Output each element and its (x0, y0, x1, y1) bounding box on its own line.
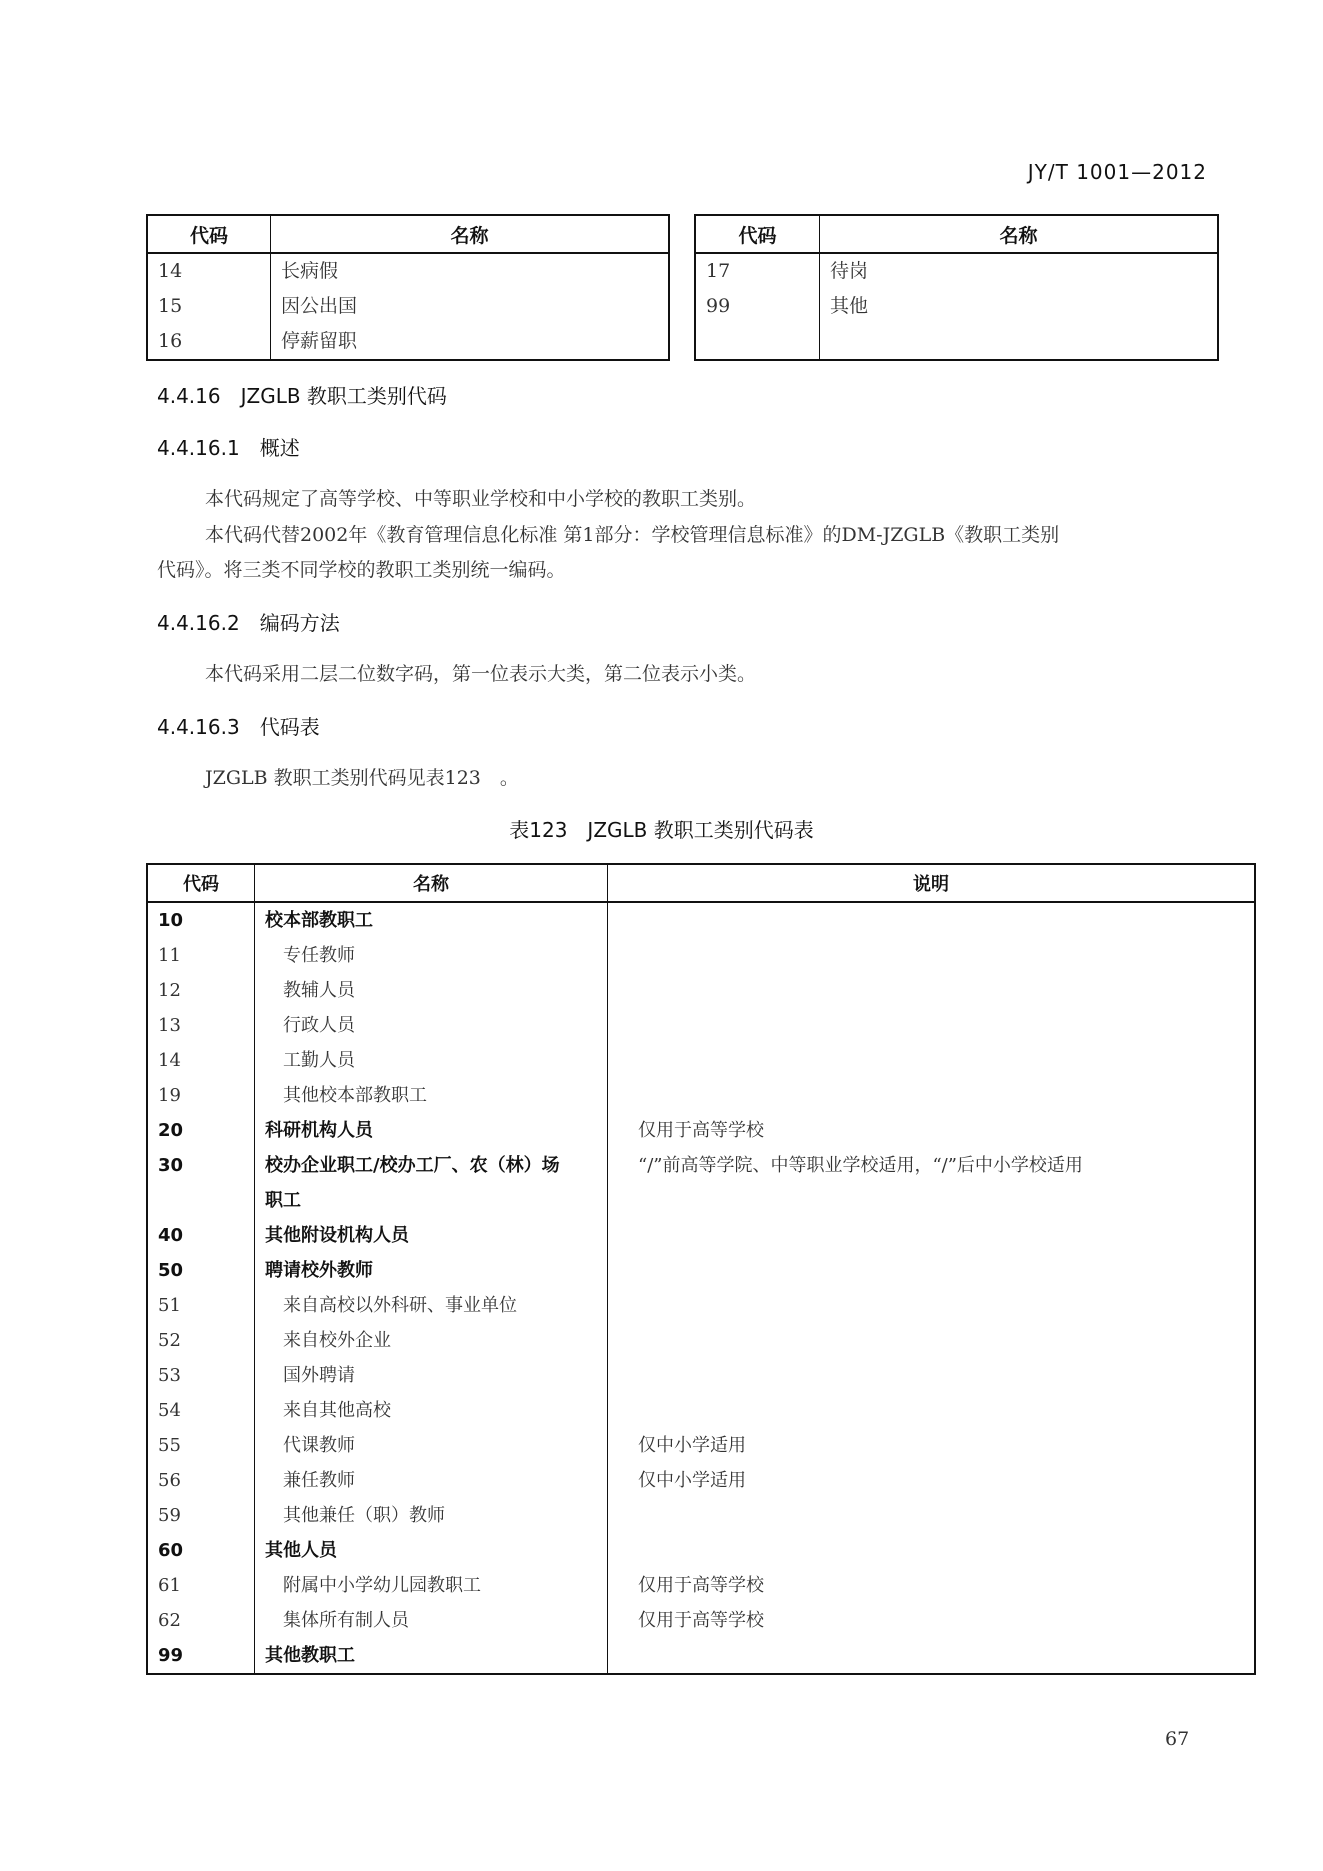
note-cell: 仅中小学适用 (608, 1428, 1256, 1463)
table-row: 13行政人员 (147, 1008, 1255, 1043)
section-heading: 4.4.16 JZGLB 教职工类别代码 (157, 380, 447, 409)
note-cell (608, 938, 1256, 973)
note-cell (608, 1533, 1256, 1568)
name-cell: 集体所有制人员 (255, 1603, 608, 1638)
name-cell: 待岗 (820, 253, 1219, 289)
table-row: 40其他附设机构人员 (147, 1218, 1255, 1253)
note-cell (608, 1393, 1256, 1428)
code-cell: 60 (147, 1533, 255, 1568)
code-cell: 54 (147, 1393, 255, 1428)
name-cell: 其他教职工 (255, 1638, 608, 1674)
note-cell (608, 1218, 1256, 1253)
table-row: 14工勤人员 (147, 1043, 1255, 1078)
code-cell (147, 1183, 255, 1218)
table-row: 17待岗 (695, 253, 1218, 289)
name-cell (820, 324, 1219, 360)
code-cell: 40 (147, 1218, 255, 1253)
code-cell: 19 (147, 1078, 255, 1113)
note-cell: 仅用于高等学校 (608, 1113, 1256, 1148)
code-cell: 14 (147, 253, 271, 289)
note-cell: 仅用于高等学校 (608, 1568, 1256, 1603)
code-cell: 59 (147, 1498, 255, 1533)
name-cell: 其他兼任（职）教师 (255, 1498, 608, 1533)
note-cell (608, 1323, 1256, 1358)
column-header-note: 说明 (608, 864, 1256, 902)
standard-number: JY/T 1001—2012 (1028, 160, 1207, 184)
name-cell: 聘请校外教师 (255, 1253, 608, 1288)
table-row: 11专任教师 (147, 938, 1255, 973)
code-cell: 17 (695, 253, 820, 289)
table-row: 50聘请校外教师 (147, 1253, 1255, 1288)
table-row: 53国外聘请 (147, 1358, 1255, 1393)
name-cell: 兼任教师 (255, 1463, 608, 1498)
table-caption: 表123 JZGLB 教职工类别代码表 (0, 814, 1323, 843)
note-cell (608, 1043, 1256, 1078)
table-row: 30校办企业职工/校办工厂、农（林）场“/”前高等学院、中等职业学校适用，“/”… (147, 1148, 1255, 1183)
table-row: 56兼任教师仅中小学适用 (147, 1463, 1255, 1498)
code-cell: 62 (147, 1603, 255, 1638)
code-cell: 50 (147, 1253, 255, 1288)
code-cell: 16 (147, 324, 271, 360)
continued-table-right: 代码 名称 17待岗 99其他 (694, 214, 1219, 361)
name-cell: 来自校外企业 (255, 1323, 608, 1358)
table-row: 60其他人员 (147, 1533, 1255, 1568)
table-row: 59其他兼任（职）教师 (147, 1498, 1255, 1533)
table-row: 51来自高校以外科研、事业单位 (147, 1288, 1255, 1323)
name-cell: 来自其他高校 (255, 1393, 608, 1428)
code-cell: 14 (147, 1043, 255, 1078)
name-cell: 专任教师 (255, 938, 608, 973)
note-cell (608, 902, 1256, 938)
table-row: 52来自校外企业 (147, 1323, 1255, 1358)
page-number: 67 (1165, 1728, 1189, 1750)
code-cell: 99 (147, 1638, 255, 1674)
name-cell: 来自高校以外科研、事业单位 (255, 1288, 608, 1323)
note-cell: 仅中小学适用 (608, 1463, 1256, 1498)
table-row: 14长病假 (147, 253, 669, 289)
table-row: 54来自其他高校 (147, 1393, 1255, 1428)
paragraph: JZGLB 教职工类别代码见表123 。 (205, 763, 519, 790)
table-row: 19其他校本部教职工 (147, 1078, 1255, 1113)
note-cell (608, 1288, 1256, 1323)
code-cell: 15 (147, 289, 271, 324)
note-cell: “/”前高等学院、中等职业学校适用，“/”后中小学校适用 (608, 1148, 1256, 1183)
name-cell: 其他附设机构人员 (255, 1218, 608, 1253)
table-row: 62集体所有制人员仅用于高等学校 (147, 1603, 1255, 1638)
name-cell: 教辅人员 (255, 973, 608, 1008)
code-cell: 13 (147, 1008, 255, 1043)
code-cell (695, 324, 820, 360)
column-header-code: 代码 (695, 215, 820, 253)
note-cell (608, 1183, 1256, 1218)
name-cell: 其他人员 (255, 1533, 608, 1568)
table-row: 20科研机构人员仅用于高等学校 (147, 1113, 1255, 1148)
code-cell: 61 (147, 1568, 255, 1603)
note-cell (608, 1078, 1256, 1113)
name-cell: 因公出国 (271, 289, 670, 324)
code-cell: 52 (147, 1323, 255, 1358)
note-cell (608, 973, 1256, 1008)
column-header-name: 名称 (255, 864, 608, 902)
name-cell: 长病假 (271, 253, 670, 289)
name-cell: 行政人员 (255, 1008, 608, 1043)
table-row: 99其他 (695, 289, 1218, 324)
code-cell: 55 (147, 1428, 255, 1463)
name-cell: 其他 (820, 289, 1219, 324)
code-cell: 11 (147, 938, 255, 973)
table-row (695, 324, 1218, 360)
note-cell (608, 1008, 1256, 1043)
subsection-heading-overview: 4.4.16.1 概述 (157, 432, 300, 461)
name-cell: 职工 (255, 1183, 608, 1218)
table-row: 99其他教职工 (147, 1638, 1255, 1674)
table-row: 15因公出国 (147, 289, 669, 324)
code-cell: 10 (147, 902, 255, 938)
column-header-code: 代码 (147, 215, 271, 253)
code-cell: 30 (147, 1148, 255, 1183)
name-cell: 其他校本部教职工 (255, 1078, 608, 1113)
continued-table-left: 代码 名称 14长病假 15因公出国 16停薪留职 (146, 214, 670, 361)
code-cell: 56 (147, 1463, 255, 1498)
subsection-heading-coding-method: 4.4.16.2 编码方法 (157, 607, 340, 636)
name-cell: 代课教师 (255, 1428, 608, 1463)
table-row: 12教辅人员 (147, 973, 1255, 1008)
note-cell (608, 1498, 1256, 1533)
name-cell: 科研机构人员 (255, 1113, 608, 1148)
paragraph: 本代码采用二层二位数字码，第一位表示大类，第二位表示小类。 (205, 659, 756, 686)
paragraph: 本代码规定了高等学校、中等职业学校和中小学校的教职工类别。 (205, 484, 756, 511)
column-header-code: 代码 (147, 864, 255, 902)
paragraph: 代码》。将三类不同学校的教职工类别统一编码。 (157, 555, 566, 582)
name-cell: 校本部教职工 (255, 902, 608, 938)
paragraph: 本代码代替2002年《教育管理信息化标准 第1部分：学校管理信息标准》的DM-J… (205, 520, 1059, 547)
note-cell (608, 1638, 1256, 1674)
note-cell (608, 1253, 1256, 1288)
column-header-name: 名称 (271, 215, 670, 253)
code-cell: 20 (147, 1113, 255, 1148)
table-row: 职工 (147, 1183, 1255, 1218)
code-cell: 51 (147, 1288, 255, 1323)
note-cell (608, 1358, 1256, 1393)
name-cell: 附属中小学幼儿园教职工 (255, 1568, 608, 1603)
table-row: 55代课教师仅中小学适用 (147, 1428, 1255, 1463)
code-cell: 53 (147, 1358, 255, 1393)
table-row: 16停薪留职 (147, 324, 669, 360)
code-cell: 12 (147, 973, 255, 1008)
name-cell: 校办企业职工/校办工厂、农（林）场 (255, 1148, 608, 1183)
table-row: 61附属中小学幼儿园教职工仅用于高等学校 (147, 1568, 1255, 1603)
note-cell: 仅用于高等学校 (608, 1603, 1256, 1638)
code-table: 代码 名称 说明 10校本部教职工11专任教师12教辅人员13行政人员14工勤人… (146, 863, 1256, 1675)
name-cell: 停薪留职 (271, 324, 670, 360)
subsection-heading-code-table: 4.4.16.3 代码表 (157, 711, 320, 740)
code-cell: 99 (695, 289, 820, 324)
name-cell: 国外聘请 (255, 1358, 608, 1393)
column-header-name: 名称 (820, 215, 1219, 253)
table-row: 10校本部教职工 (147, 902, 1255, 938)
name-cell: 工勤人员 (255, 1043, 608, 1078)
